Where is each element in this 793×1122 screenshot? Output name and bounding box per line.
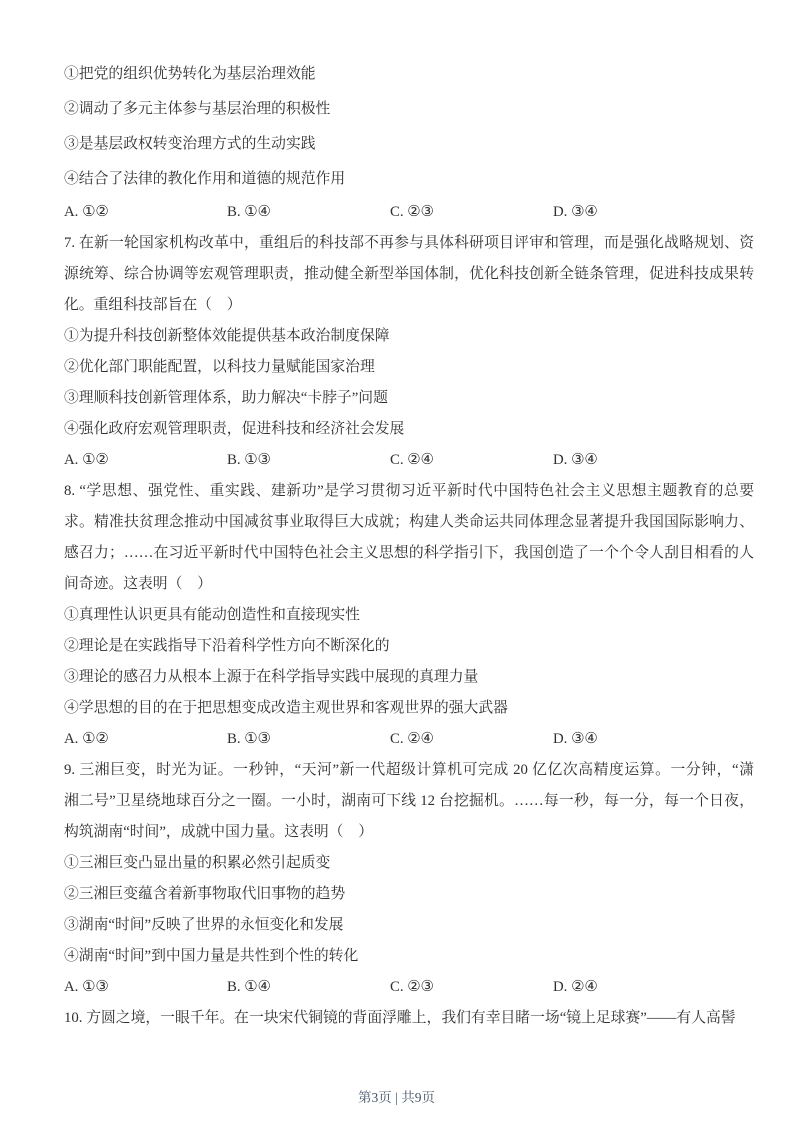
statement-line: ②理论是在实践指导下沿着科学性方向不断深化的 <box>64 631 754 662</box>
statement-text: ④强化政府宏观管理职责，促进科技和经济社会发展 <box>64 414 754 445</box>
option-item: C. ②③ <box>390 972 553 1003</box>
statement-text: ④学思想的目的在于把思想变成改造主观世界和客观世界的强大武器 <box>64 693 754 724</box>
option-item: C. ②④ <box>390 724 553 755</box>
document-body: ①把党的组织优势转化为基层治理效能②调动了多元主体参与基层治理的积极性③是基层政… <box>64 57 754 1034</box>
option-item: D. ③④ <box>553 445 598 476</box>
stem-line: 间奇迹。这表明（ ） <box>64 569 754 600</box>
option-item: C. ②④ <box>390 445 553 476</box>
stem-line: 9. 三湘巨变，时光为证。一秒钟，“天河”新一代超级计算机可完成 20 亿亿次高… <box>64 755 754 786</box>
statement-text: ①真理性认识更具有能动创造性和直接现实性 <box>64 600 754 631</box>
statement-text: ④湖南“时间”到中国力量是共性到个性的转化 <box>64 941 754 972</box>
stem-line: 构筑湖南“时间”，成就中国力量。这表明（ ） <box>64 817 754 848</box>
option-item: B. ①④ <box>227 197 390 228</box>
option-item: B. ①③ <box>227 724 390 755</box>
stem-line: 7. 在新一轮国家机构改革中，重组后的科技部不再参与具体科研项目评审和管理，而是… <box>64 228 754 259</box>
question-stem: 9. 三湘巨变，时光为证。一秒钟，“天河”新一代超级计算机可完成 20 亿亿次高… <box>64 755 754 848</box>
statement-text: ①三湘巨变凸显出量的积累必然引起质变 <box>64 848 754 879</box>
statement-text: ③理顺科技创新管理体系，助力解决“卡脖子”问题 <box>64 383 754 414</box>
statement-text: ①为提升科技创新整体效能提供基本政治制度保障 <box>64 321 754 352</box>
statement-text: ②优化部门职能配置，以科技力量赋能国家治理 <box>64 352 754 383</box>
statement-line: ②调动了多元主体参与基层治理的积极性 <box>64 92 754 127</box>
statement-line: ②优化部门职能配置，以科技力量赋能国家治理 <box>64 352 754 383</box>
options-row: A. ①②B. ①④C. ②③D. ③④ <box>64 197 754 228</box>
option-item: B. ①④ <box>227 972 390 1003</box>
option-item: D. ③④ <box>553 724 598 755</box>
statement-text: ②三湘巨变蕴含着新事物取代旧事物的趋势 <box>64 879 754 910</box>
options-row: A. ①③B. ①④C. ②③D. ②④ <box>64 972 754 1003</box>
question-stem: 8. “学思想、强党性、重实践、建新功”是学习贯彻习近平新时代中国特色社会主义思… <box>64 476 754 600</box>
page-footer: 第3页 | 共9页 <box>0 1090 793 1106</box>
statement-text: ④结合了法律的教化作用和道德的规范作用 <box>64 162 754 197</box>
question-stem: 7. 在新一轮国家机构改革中，重组后的科技部不再参与具体科研项目评审和管理，而是… <box>64 228 754 321</box>
stem-line: 湘二号”卫星绕地球百分之一圈。一小时，湖南可下线 12 台挖掘机。……每一秒，每… <box>64 786 754 817</box>
statement-line: ①三湘巨变凸显出量的积累必然引起质变 <box>64 848 754 879</box>
statement-line: ②三湘巨变蕴含着新事物取代旧事物的趋势 <box>64 879 754 910</box>
statement-line: ④结合了法律的教化作用和道德的规范作用 <box>64 162 754 197</box>
statement-line: ③理论的感召力从根本上源于在科学指导实践中展现的真理力量 <box>64 662 754 693</box>
option-item: B. ①③ <box>227 445 390 476</box>
statement-line: ①为提升科技创新整体效能提供基本政治制度保障 <box>64 321 754 352</box>
stem-line: 8. “学思想、强党性、重实践、建新功”是学习贯彻习近平新时代中国特色社会主义思… <box>64 476 754 507</box>
option-item: A. ①③ <box>64 972 227 1003</box>
statement-line: ①真理性认识更具有能动创造性和直接现实性 <box>64 600 754 631</box>
options-row: A. ①②B. ①③C. ②④D. ③④ <box>64 445 754 476</box>
options-row: A. ①②B. ①③C. ②④D. ③④ <box>64 724 754 755</box>
stem-line: 化。重组科技部旨在（ ） <box>64 290 754 321</box>
option-item: D. ②④ <box>553 972 598 1003</box>
stem-line: 求。精准扶贫理念推动中国减贫事业取得巨大成就；构建人类命运共同体理念显著提升我国… <box>64 507 754 538</box>
page-number: 第3页 | 共9页 <box>358 1090 435 1105</box>
statement-line: ③理顺科技创新管理体系，助力解决“卡脖子”问题 <box>64 383 754 414</box>
statement-line: ③是基层政权转变治理方式的生动实践 <box>64 127 754 162</box>
statement-text: ③湖南“时间”反映了世界的永恒变化和发展 <box>64 910 754 941</box>
option-item: D. ③④ <box>553 197 598 228</box>
stem-line: 感召力；……在习近平新时代中国特色社会主义思想的科学指引下，我国创造了一个个令人… <box>64 538 754 569</box>
statement-line: ③湖南“时间”反映了世界的永恒变化和发展 <box>64 910 754 941</box>
option-item: A. ①② <box>64 445 227 476</box>
stem-line: 10. 方圆之境，一眼千年。在一块宋代铜镜的背面浮雕上，我们有幸目睹一场“镜上足… <box>64 1003 754 1034</box>
question-stem: 10. 方圆之境，一眼千年。在一块宋代铜镜的背面浮雕上，我们有幸目睹一场“镜上足… <box>64 1003 754 1034</box>
statement-line: ④强化政府宏观管理职责，促进科技和经济社会发展 <box>64 414 754 445</box>
statement-text: ②调动了多元主体参与基层治理的积极性 <box>64 92 754 127</box>
statement-line: ④湖南“时间”到中国力量是共性到个性的转化 <box>64 941 754 972</box>
statement-line: ①把党的组织优势转化为基层治理效能 <box>64 57 754 92</box>
statement-line: ④学思想的目的在于把思想变成改造主观世界和客观世界的强大武器 <box>64 693 754 724</box>
option-item: A. ①② <box>64 197 227 228</box>
statement-text: ③理论的感召力从根本上源于在科学指导实践中展现的真理力量 <box>64 662 754 693</box>
statement-text: ①把党的组织优势转化为基层治理效能 <box>64 57 754 92</box>
option-item: C. ②③ <box>390 197 553 228</box>
option-item: A. ①② <box>64 724 227 755</box>
statement-text: ②理论是在实践指导下沿着科学性方向不断深化的 <box>64 631 754 662</box>
statement-text: ③是基层政权转变治理方式的生动实践 <box>64 127 754 162</box>
stem-line: 源统筹、综合协调等宏观管理职责，推动健全新型举国体制，优化科技创新全链条管理，促… <box>64 259 754 290</box>
